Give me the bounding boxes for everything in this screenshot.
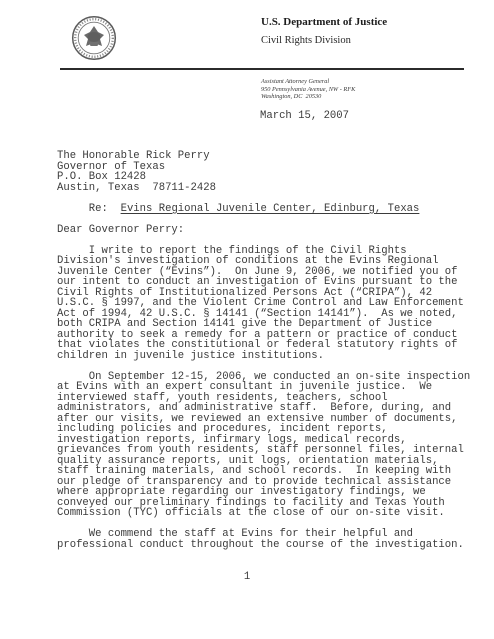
letter-page: U.S. Department of Justice Civil Rights … [0, 0, 494, 639]
letter-paragraphs: I write to report the findings of the Ci… [57, 246, 477, 551]
letter-date: March 15, 2007 [260, 110, 349, 122]
header-divider [60, 68, 464, 70]
re-line: Re: Evins Regional Juvenile Center, Edin… [57, 204, 477, 215]
letter-paragraph: I write to report the findings of the Ci… [57, 246, 477, 362]
re-label: Re: [89, 203, 108, 215]
agency-name: U.S. Department of Justice [261, 16, 387, 28]
doj-seal-icon [71, 15, 117, 61]
page-number: 1 [0, 571, 494, 583]
letter-paragraph: We commend the staff at Evins for their … [57, 529, 477, 550]
re-indent [57, 203, 89, 215]
re-subject: Evins Regional Juvenile Center, Edinburg… [121, 203, 420, 215]
letter-body: The Honorable Rick Perry Governor of Tex… [57, 151, 477, 550]
division-name: Civil Rights Division [261, 35, 351, 46]
office-address-block: Assistant Attorney General 950 Pennsylva… [261, 78, 355, 101]
recipient-address: The Honorable Rick Perry Governor of Tex… [57, 151, 477, 193]
re-separator [108, 203, 121, 215]
letter-paragraph: On September 12-15, 2006, we conducted a… [57, 372, 477, 519]
salutation: Dear Governor Perry: [57, 225, 477, 236]
